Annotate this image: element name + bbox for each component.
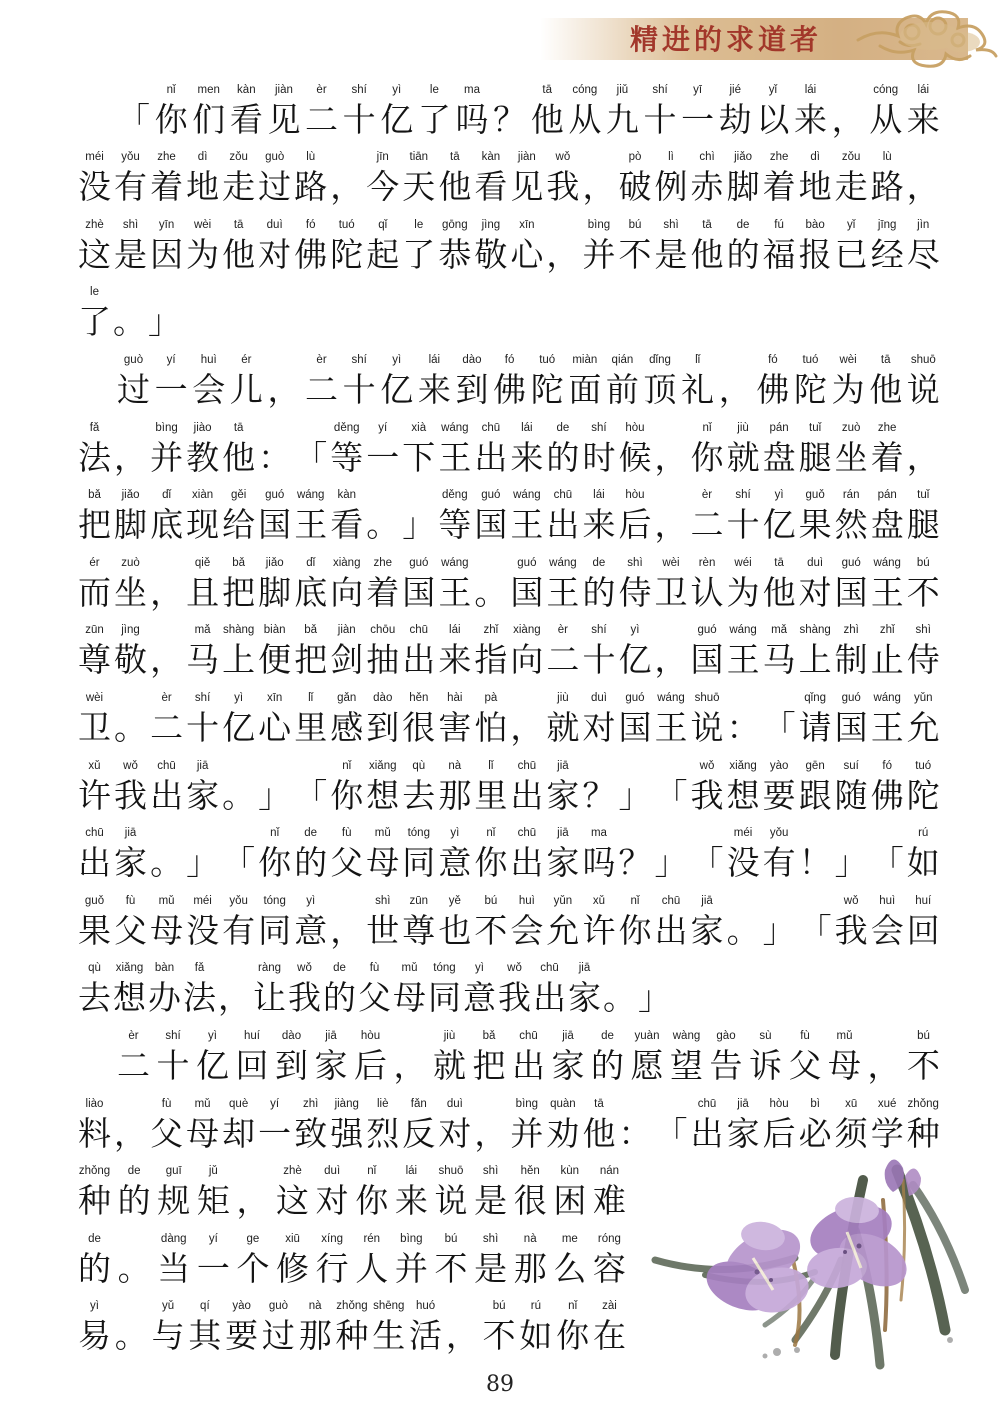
hanzi-with-pinyin: shí时 bbox=[582, 420, 615, 480]
hanzi-with-pinyin: wǒ我 bbox=[114, 758, 147, 818]
hanzi-with-pinyin: guǒ果 bbox=[799, 487, 832, 547]
punctuation: 。 bbox=[727, 893, 760, 953]
punctuation: ， bbox=[655, 622, 688, 682]
hanzi-with-pinyin: bìng并 bbox=[395, 1231, 428, 1291]
hanzi-with-pinyin: yì亿 bbox=[763, 487, 796, 547]
hanzi-with-pinyin: nǐ你 bbox=[618, 893, 651, 953]
hanzi-with-pinyin: tā他 bbox=[438, 149, 471, 209]
hanzi-with-pinyin: yǒu有 bbox=[763, 825, 796, 885]
hanzi-with-pinyin: cóng从 bbox=[869, 82, 902, 142]
hanzi-with-pinyin: de的 bbox=[727, 217, 760, 277]
hanzi-with-pinyin: èr二 bbox=[117, 1028, 150, 1088]
hanzi-with-pinyin: xiǎng想 bbox=[727, 758, 760, 818]
hanzi-with-pinyin: jiā家 bbox=[691, 893, 724, 953]
punctuation: ， bbox=[330, 149, 363, 209]
hanzi-with-pinyin: zhe着 bbox=[150, 149, 183, 209]
hanzi-with-pinyin: guò过 bbox=[258, 149, 291, 209]
hanzi-with-pinyin: jīn今 bbox=[366, 149, 399, 209]
hanzi-with-pinyin: duì对 bbox=[258, 217, 291, 277]
hanzi-with-pinyin: zhì致 bbox=[294, 1096, 327, 1156]
hanzi-with-pinyin: dì地 bbox=[186, 149, 219, 209]
hanzi-with-pinyin: guó国 bbox=[510, 555, 543, 615]
cloud-ornament-icon bbox=[850, 2, 1000, 74]
hanzi-with-pinyin: jìng敬 bbox=[474, 217, 507, 277]
hanzi-with-pinyin: shuō说 bbox=[907, 352, 940, 412]
hanzi-with-pinyin: tā他 bbox=[869, 352, 902, 412]
hanzi-with-pinyin: sù诉 bbox=[749, 1028, 782, 1088]
hanzi-with-pinyin: nǐ你 bbox=[691, 420, 724, 480]
hanzi-with-pinyin: rén人 bbox=[355, 1231, 388, 1291]
hanzi-with-pinyin: guó国 bbox=[618, 690, 651, 750]
punctuation: ， bbox=[150, 555, 183, 615]
hanzi-with-pinyin: méi没 bbox=[727, 825, 760, 885]
hanzi-with-pinyin: xiàng向 bbox=[330, 555, 363, 615]
punctuation: ， bbox=[446, 1298, 479, 1358]
hanzi-with-pinyin: guò过 bbox=[262, 1298, 295, 1358]
hanzi-with-pinyin: xíng行 bbox=[316, 1231, 349, 1291]
hanzi-with-pinyin: yí一 bbox=[155, 352, 188, 412]
hanzi-with-pinyin: chū出 bbox=[533, 960, 566, 1020]
hanzi-with-pinyin: huì会 bbox=[871, 893, 904, 953]
hanzi-with-pinyin: shì是 bbox=[655, 217, 688, 277]
hanzi-with-pinyin: gēn跟 bbox=[799, 758, 832, 818]
hanzi-with-pinyin: bǎ把 bbox=[222, 555, 255, 615]
hanzi-with-pinyin: èr二 bbox=[305, 352, 338, 412]
hanzi-with-pinyin: yì亿 bbox=[196, 1028, 229, 1088]
hanzi-with-pinyin: pán盘 bbox=[871, 487, 904, 547]
hanzi-with-pinyin: chū出 bbox=[510, 758, 543, 818]
text-line: de的。dàng当yí一ge个xiū修xíng行rén人bìng并bú不shì是… bbox=[78, 1223, 626, 1291]
hanzi-with-pinyin: mǎ马 bbox=[763, 622, 796, 682]
hanzi-with-pinyin: liè烈 bbox=[366, 1096, 399, 1156]
hanzi-with-pinyin: cóng从 bbox=[568, 82, 601, 142]
punctuation: 」 bbox=[148, 284, 181, 344]
hanzi-with-pinyin: yì亿 bbox=[618, 622, 651, 682]
hanzi-with-pinyin: zūn尊 bbox=[402, 893, 435, 953]
hanzi-with-pinyin: pò破 bbox=[618, 149, 651, 209]
hanzi-with-pinyin: xiǎng想 bbox=[366, 758, 399, 818]
hanzi-with-pinyin: tuó陀 bbox=[794, 352, 827, 412]
hanzi-with-pinyin: yī一 bbox=[681, 82, 714, 142]
hanzi-with-pinyin: nà那 bbox=[514, 1231, 547, 1291]
hanzi-with-pinyin: shì是 bbox=[114, 217, 147, 277]
punctuation: ： bbox=[258, 420, 291, 480]
hanzi-with-pinyin: guó国 bbox=[691, 622, 724, 682]
hanzi-with-pinyin: fù父 bbox=[150, 1096, 183, 1156]
hanzi-with-pinyin: shì是 bbox=[474, 1231, 507, 1291]
hanzi-with-pinyin: duì对 bbox=[438, 1096, 471, 1156]
hanzi-with-pinyin: shì侍 bbox=[907, 622, 940, 682]
hanzi-with-pinyin: bú不 bbox=[434, 1231, 467, 1291]
hanzi-with-pinyin: èr二 bbox=[691, 487, 724, 547]
punctuation: 」 bbox=[618, 758, 651, 818]
text-line: yì易。yǔ与qí其yào要guò过nà那zhǒng种shēng生huó活，bú… bbox=[78, 1291, 626, 1359]
hanzi-with-pinyin: yì意 bbox=[294, 893, 327, 953]
hanzi-with-pinyin: xiàng向 bbox=[510, 622, 543, 682]
hanzi-with-pinyin: jiā家 bbox=[568, 960, 601, 1020]
hanzi-with-pinyin: chì赤 bbox=[691, 149, 724, 209]
hanzi-with-pinyin: dào到 bbox=[455, 352, 488, 412]
hanzi-with-pinyin: de的 bbox=[582, 555, 615, 615]
punctuation: ？ bbox=[493, 82, 526, 142]
hanzi-with-pinyin: róng容 bbox=[593, 1231, 626, 1291]
hanzi-with-pinyin: mǔ母 bbox=[393, 960, 426, 1020]
hanzi-with-pinyin: chū出 bbox=[78, 825, 111, 885]
hanzi-with-pinyin: bú不 bbox=[483, 1298, 516, 1358]
hanzi-with-pinyin: jiàng强 bbox=[330, 1096, 363, 1156]
hanzi-with-pinyin: fù父 bbox=[358, 960, 391, 1020]
hanzi-with-pinyin: jiàn见 bbox=[267, 82, 300, 142]
hanzi-with-pinyin: dào到 bbox=[275, 1028, 308, 1088]
punctuation: ， bbox=[719, 352, 752, 412]
hanzi-with-pinyin: qí其 bbox=[188, 1298, 221, 1358]
hanzi-with-pinyin: wèi卫 bbox=[655, 555, 688, 615]
punctuation: ， bbox=[868, 1028, 901, 1088]
hanzi-with-pinyin: chū出 bbox=[512, 1028, 545, 1088]
hanzi-with-pinyin: chū出 bbox=[474, 420, 507, 480]
hanzi-with-pinyin: wèi卫 bbox=[78, 690, 111, 750]
hanzi-with-pinyin: shuō说 bbox=[434, 1163, 467, 1223]
page-number: 89 bbox=[0, 1372, 1000, 1397]
hanzi-with-pinyin: yǒu有 bbox=[114, 149, 147, 209]
hanzi-with-pinyin: zhǐ指 bbox=[474, 622, 507, 682]
hanzi-with-pinyin: yǔ与 bbox=[152, 1298, 185, 1358]
hanzi-with-pinyin: hěn很 bbox=[402, 690, 435, 750]
hanzi-with-pinyin: bào报 bbox=[799, 217, 832, 277]
hanzi-with-pinyin: qiě且 bbox=[186, 555, 219, 615]
hanzi-with-pinyin: tiān天 bbox=[402, 149, 435, 209]
hanzi-with-pinyin: shí十 bbox=[186, 690, 219, 750]
hanzi-with-pinyin: èr二 bbox=[305, 82, 338, 142]
hanzi-with-pinyin: rèn认 bbox=[691, 555, 724, 615]
hanzi-with-pinyin: wǒ我 bbox=[835, 893, 868, 953]
hanzi-with-pinyin: qǐng请 bbox=[799, 690, 832, 750]
hanzi-with-pinyin: fù父 bbox=[330, 825, 363, 885]
hanzi-with-pinyin: yǒu有 bbox=[222, 893, 255, 953]
punctuation: 「 bbox=[222, 825, 255, 885]
text-line: zhè这shì是yīn因wèi为tā他duì对fó佛tuó陀qǐ起le了gōng… bbox=[78, 209, 940, 277]
hanzi-with-pinyin: quàn劝 bbox=[546, 1096, 579, 1156]
hanzi-with-pinyin: bàn办 bbox=[148, 960, 181, 1020]
hanzi-with-pinyin: wáng王 bbox=[871, 690, 904, 750]
hanzi-with-pinyin: guó国 bbox=[258, 487, 291, 547]
hanzi-with-pinyin: gěi给 bbox=[222, 487, 255, 547]
hanzi-with-pinyin: méi没 bbox=[186, 893, 219, 953]
hanzi-with-pinyin: zǒu走 bbox=[835, 149, 868, 209]
hanzi-with-pinyin: yí一 bbox=[197, 1231, 230, 1291]
hanzi-with-pinyin: zhe着 bbox=[366, 555, 399, 615]
text-line: 「nǐ你men们kàn看jiàn见èr二shí十yì亿le了ma吗？tā他cón… bbox=[78, 74, 940, 142]
punctuation: ， bbox=[218, 960, 251, 1020]
hanzi-with-pinyin: wáng王 bbox=[438, 555, 471, 615]
hanzi-with-pinyin: zhe着 bbox=[763, 149, 796, 209]
punctuation: ， bbox=[655, 487, 688, 547]
text-line: fǎ法，bìng并jiào教tā他：「děng等yí一xià下wáng王chū出… bbox=[78, 412, 940, 480]
hanzi-with-pinyin: wèi为 bbox=[832, 352, 865, 412]
punctuation: 「 bbox=[294, 758, 327, 818]
hanzi-with-pinyin: lù路 bbox=[294, 149, 327, 209]
hanzi-with-pinyin: fó佛 bbox=[871, 758, 904, 818]
text-line: guǒ果fù父mǔ母méi没yǒu有tóng同yì意，shì世zūn尊yě也bú… bbox=[78, 885, 940, 953]
hanzi-with-pinyin: guó国 bbox=[402, 555, 435, 615]
hanzi-with-pinyin: shí十 bbox=[727, 487, 760, 547]
punctuation: 。 bbox=[118, 1231, 151, 1291]
hanzi-with-pinyin: jiàn剑 bbox=[330, 622, 363, 682]
hanzi-with-pinyin: chū出 bbox=[655, 893, 688, 953]
hanzi-with-pinyin: miàn面 bbox=[568, 352, 601, 412]
text-line: zhǒng种de的guī规jǔ矩，zhè这duì对nǐ你lái来shuō说shì… bbox=[78, 1156, 626, 1224]
hanzi-with-pinyin: de的 bbox=[591, 1028, 624, 1088]
hanzi-with-pinyin: bǎ把 bbox=[473, 1028, 506, 1088]
hanzi-with-pinyin: wàng望 bbox=[670, 1028, 703, 1088]
hanzi-with-pinyin: le了 bbox=[402, 217, 435, 277]
hanzi-with-pinyin: èr二 bbox=[546, 622, 579, 682]
hanzi-with-pinyin: guó国 bbox=[474, 487, 507, 547]
book-page: { "header": { "title": "精进的求道者" }, "colo… bbox=[0, 0, 1000, 1417]
punctuation: ， bbox=[114, 420, 147, 480]
hanzi-with-pinyin: dào到 bbox=[366, 690, 399, 750]
punctuation: 。 bbox=[115, 1298, 148, 1358]
punctuation: 」 bbox=[186, 825, 219, 885]
hanzi-with-pinyin: yǔn允 bbox=[907, 690, 940, 750]
hanzi-with-pinyin: yì易 bbox=[78, 1298, 111, 1358]
hanzi-with-pinyin: xià下 bbox=[402, 420, 435, 480]
hanzi-with-pinyin: guò过 bbox=[117, 352, 150, 412]
hanzi-with-pinyin: yí一 bbox=[258, 1096, 291, 1156]
hanzi-with-pinyin: fù父 bbox=[114, 893, 147, 953]
hanzi-with-pinyin: de的 bbox=[546, 420, 579, 480]
punctuation: 。 bbox=[150, 825, 183, 885]
hanzi-with-pinyin: wáng王 bbox=[546, 555, 579, 615]
hanzi-with-pinyin: yǐ已 bbox=[835, 217, 868, 277]
hanzi-with-pinyin: tuó陀 bbox=[531, 352, 564, 412]
hanzi-with-pinyin: de的 bbox=[118, 1163, 151, 1223]
hanzi-with-pinyin: jiā家 bbox=[552, 1028, 585, 1088]
punctuation: ， bbox=[907, 149, 940, 209]
punctuation: 。 bbox=[113, 284, 146, 344]
hanzi-with-pinyin: wǒ我 bbox=[498, 960, 531, 1020]
punctuation: ， bbox=[150, 622, 183, 682]
hanzi-with-pinyin: kàn看 bbox=[330, 487, 363, 547]
hanzi-with-pinyin: rú如 bbox=[907, 825, 940, 885]
hanzi-with-pinyin: tā他 bbox=[763, 555, 796, 615]
punctuation: 」 bbox=[638, 960, 671, 1020]
hanzi-with-pinyin: nǐ你 bbox=[474, 825, 507, 885]
hanzi-with-pinyin: duì对 bbox=[316, 1163, 349, 1223]
hanzi-with-pinyin: kùn困 bbox=[553, 1163, 586, 1223]
hanzi-with-pinyin: jǔ矩 bbox=[197, 1163, 230, 1223]
hanzi-with-pinyin: tóng同 bbox=[258, 893, 291, 953]
hanzi-with-pinyin: tā他 bbox=[691, 217, 724, 277]
hanzi-with-pinyin: wáng王 bbox=[438, 420, 471, 480]
punctuation: 。 bbox=[222, 758, 255, 818]
hanzi-with-pinyin: hěn很 bbox=[514, 1163, 547, 1223]
hanzi-with-pinyin: méi没 bbox=[78, 149, 111, 209]
iris-flower-image bbox=[645, 1140, 980, 1370]
hanzi-with-pinyin: lù路 bbox=[871, 149, 904, 209]
hanzi-with-pinyin: nán难 bbox=[593, 1163, 626, 1223]
hanzi-with-pinyin: suí随 bbox=[835, 758, 868, 818]
hanzi-with-pinyin: yīn因 bbox=[150, 217, 183, 277]
hanzi-with-pinyin: zūn尊 bbox=[78, 622, 111, 682]
hanzi-with-pinyin: rú如 bbox=[519, 1298, 552, 1358]
hanzi-with-pinyin: ràng让 bbox=[253, 960, 286, 1020]
page-title: 精进的求道者 bbox=[630, 21, 860, 59]
hanzi-with-pinyin: shí十 bbox=[644, 82, 677, 142]
hanzi-with-pinyin: zhè这 bbox=[276, 1163, 309, 1223]
hanzi-with-pinyin: de的 bbox=[294, 825, 327, 885]
hanzi-with-pinyin: dǐ底 bbox=[294, 555, 327, 615]
punctuation: 「 bbox=[117, 82, 150, 142]
hanzi-with-pinyin: fó佛 bbox=[493, 352, 526, 412]
hanzi-with-pinyin: shí十 bbox=[343, 352, 376, 412]
hanzi-with-pinyin: shí十 bbox=[157, 1028, 190, 1088]
hanzi-with-pinyin: xiǎng想 bbox=[113, 960, 146, 1020]
hanzi-with-pinyin: lái来 bbox=[438, 622, 471, 682]
hanzi-with-pinyin: guǒ果 bbox=[78, 893, 111, 953]
hanzi-with-pinyin: gào告 bbox=[710, 1028, 743, 1088]
hanzi-with-pinyin: lái来 bbox=[582, 487, 615, 547]
hanzi-with-pinyin: tuǐ腿 bbox=[907, 487, 940, 547]
punctuation: ， bbox=[114, 1096, 147, 1156]
hanzi-with-pinyin: qǐ起 bbox=[366, 217, 399, 277]
hanzi-with-pinyin: fù父 bbox=[789, 1028, 822, 1088]
hanzi-with-pinyin: bú不 bbox=[474, 893, 507, 953]
hanzi-with-pinyin: nà那 bbox=[299, 1298, 332, 1358]
hanzi-with-pinyin: fó佛 bbox=[294, 217, 327, 277]
punctuation: ， bbox=[832, 82, 865, 142]
hanzi-with-pinyin: jiǎo脚 bbox=[727, 149, 760, 209]
hanzi-with-pinyin: lái来 bbox=[395, 1163, 428, 1223]
punctuation: 「 bbox=[871, 825, 904, 885]
hanzi-with-pinyin: jiā家 bbox=[546, 758, 579, 818]
punctuation: ， bbox=[474, 1096, 507, 1156]
hanzi-with-pinyin: chū出 bbox=[546, 487, 579, 547]
hanzi-with-pinyin: zhè这 bbox=[78, 217, 111, 277]
hanzi-with-pinyin: fú福 bbox=[763, 217, 796, 277]
hanzi-with-pinyin: xīn心 bbox=[258, 690, 291, 750]
punctuation: ： bbox=[727, 690, 760, 750]
hanzi-with-pinyin: mǔ母 bbox=[150, 893, 183, 953]
hanzi-with-pinyin: nǐ你 bbox=[330, 758, 363, 818]
hanzi-with-pinyin: guó国 bbox=[835, 555, 868, 615]
hanzi-with-pinyin: bú不 bbox=[907, 555, 940, 615]
punctuation: ， bbox=[582, 149, 615, 209]
hanzi-with-pinyin: lì例 bbox=[655, 149, 688, 209]
hanzi-with-pinyin: le了 bbox=[418, 82, 451, 142]
hanzi-with-pinyin: tā他 bbox=[531, 82, 564, 142]
punctuation: ， bbox=[330, 893, 363, 953]
hanzi-with-pinyin: huí回 bbox=[907, 893, 940, 953]
hanzi-with-pinyin: kàn看 bbox=[474, 149, 507, 209]
punctuation: 「 bbox=[799, 893, 832, 953]
hanzi-with-pinyin: tā他 bbox=[222, 420, 255, 480]
hanzi-with-pinyin: jiàn见 bbox=[510, 149, 543, 209]
hanzi-with-pinyin: zhe着 bbox=[871, 420, 904, 480]
hanzi-with-pinyin: bǎ把 bbox=[78, 487, 111, 547]
punctuation: ， bbox=[394, 1028, 427, 1088]
hanzi-with-pinyin: dàng当 bbox=[157, 1231, 190, 1291]
hanzi-with-pinyin: jiù就 bbox=[727, 420, 760, 480]
hanzi-with-pinyin: ér而 bbox=[78, 555, 111, 615]
hanzi-with-pinyin: bǎ把 bbox=[294, 622, 327, 682]
text-line: èr二shí十yì亿huí回dào到jiā家hòu后，jiù就bǎ把chū出ji… bbox=[78, 1020, 940, 1088]
hanzi-with-pinyin: tuǐ腿 bbox=[799, 420, 832, 480]
hanzi-with-pinyin: tuó陀 bbox=[330, 217, 363, 277]
hanzi-with-pinyin: shí十 bbox=[343, 82, 376, 142]
hanzi-with-pinyin: zhì制 bbox=[835, 622, 868, 682]
hanzi-with-pinyin: lái来 bbox=[418, 352, 451, 412]
hanzi-with-pinyin: xiū修 bbox=[276, 1231, 309, 1291]
hanzi-with-pinyin: tā他 bbox=[582, 1096, 615, 1156]
hanzi-with-pinyin: yì亿 bbox=[222, 690, 255, 750]
text-line: xǔ许wǒ我chū出jiā家。」「nǐ你xiǎng想qù去nà那lǐ里chū出j… bbox=[78, 750, 940, 818]
hanzi-with-pinyin: zài在 bbox=[593, 1298, 626, 1358]
hanzi-with-pinyin: èr二 bbox=[150, 690, 183, 750]
hanzi-with-pinyin: shì世 bbox=[366, 893, 399, 953]
text-line: qù去xiǎng想bàn办fǎ法，ràng让wǒ我de的fù父mǔ母tóng同y… bbox=[78, 953, 940, 1021]
text-line: wèi卫。èr二shí十yì亿xīn心lǐ里gǎn感dào到hěn很hài害pà… bbox=[78, 682, 940, 750]
hanzi-with-pinyin: yí一 bbox=[366, 420, 399, 480]
punctuation: ， bbox=[267, 352, 300, 412]
hanzi-with-pinyin: ge个 bbox=[236, 1231, 269, 1291]
text-line: zūn尊jìng敬，mǎ马shàng上biàn便bǎ把jiàn剑chōu抽chū… bbox=[78, 615, 940, 683]
hanzi-with-pinyin: jiā家 bbox=[114, 825, 147, 885]
hanzi-with-pinyin: pà怕 bbox=[474, 690, 507, 750]
hanzi-with-pinyin: liào料 bbox=[78, 1096, 111, 1156]
hanzi-with-pinyin: yuàn愿 bbox=[631, 1028, 664, 1088]
hanzi-with-pinyin: hòu后 bbox=[618, 487, 651, 547]
punctuation: 「 bbox=[763, 690, 796, 750]
hanzi-with-pinyin: bú不 bbox=[907, 1028, 940, 1088]
hanzi-with-pinyin: zuò坐 bbox=[114, 555, 147, 615]
hanzi-with-pinyin: dì地 bbox=[799, 149, 832, 209]
hanzi-with-pinyin: jiā家 bbox=[315, 1028, 348, 1088]
hanzi-with-pinyin: wáng王 bbox=[510, 487, 543, 547]
hanzi-with-pinyin: yì意 bbox=[463, 960, 496, 1020]
hanzi-with-pinyin: gōng恭 bbox=[438, 217, 471, 277]
hanzi-with-pinyin: kàn看 bbox=[230, 82, 263, 142]
hanzi-with-pinyin: jìn尽 bbox=[907, 217, 940, 277]
hanzi-with-pinyin: jiǎo脚 bbox=[258, 555, 291, 615]
hanzi-with-pinyin: chū出 bbox=[402, 622, 435, 682]
text-line: guò过yí一huì会ér儿，èr二shí十yì亿lái来dào到fó佛tuó陀… bbox=[78, 344, 940, 412]
hanzi-with-pinyin: wèi为 bbox=[186, 217, 219, 277]
hanzi-with-pinyin: mǔ母 bbox=[366, 825, 399, 885]
hanzi-with-pinyin: nǐ你 bbox=[258, 825, 291, 885]
hanzi-with-pinyin: jīng经 bbox=[871, 217, 904, 277]
hanzi-with-pinyin: wǒ我 bbox=[691, 758, 724, 818]
hanzi-with-pinyin: jiù就 bbox=[433, 1028, 466, 1088]
hanzi-with-pinyin: me么 bbox=[553, 1231, 586, 1291]
hanzi-with-pinyin: rán然 bbox=[835, 487, 868, 547]
hanzi-with-pinyin: guó国 bbox=[835, 690, 868, 750]
hanzi-with-pinyin: tuó陀 bbox=[907, 758, 940, 818]
hanzi-with-pinyin: jiǔ九 bbox=[606, 82, 639, 142]
hanzi-with-pinyin: wáng王 bbox=[655, 690, 688, 750]
hanzi-with-pinyin: fó佛 bbox=[756, 352, 789, 412]
hanzi-with-pinyin: tóng同 bbox=[428, 960, 461, 1020]
punctuation: 。 bbox=[603, 960, 636, 1020]
hanzi-with-pinyin: mǔ母 bbox=[828, 1028, 861, 1088]
hanzi-with-pinyin: shàng上 bbox=[799, 622, 832, 682]
hanzi-with-pinyin: lǐ里 bbox=[474, 758, 507, 818]
hanzi-with-pinyin: fǎ法 bbox=[78, 420, 111, 480]
hanzi-with-pinyin: jìng敬 bbox=[114, 622, 147, 682]
hanzi-with-pinyin: shēng生 bbox=[372, 1298, 405, 1358]
hanzi-with-pinyin: wáng王 bbox=[294, 487, 327, 547]
punctuation: 」 bbox=[402, 487, 435, 547]
